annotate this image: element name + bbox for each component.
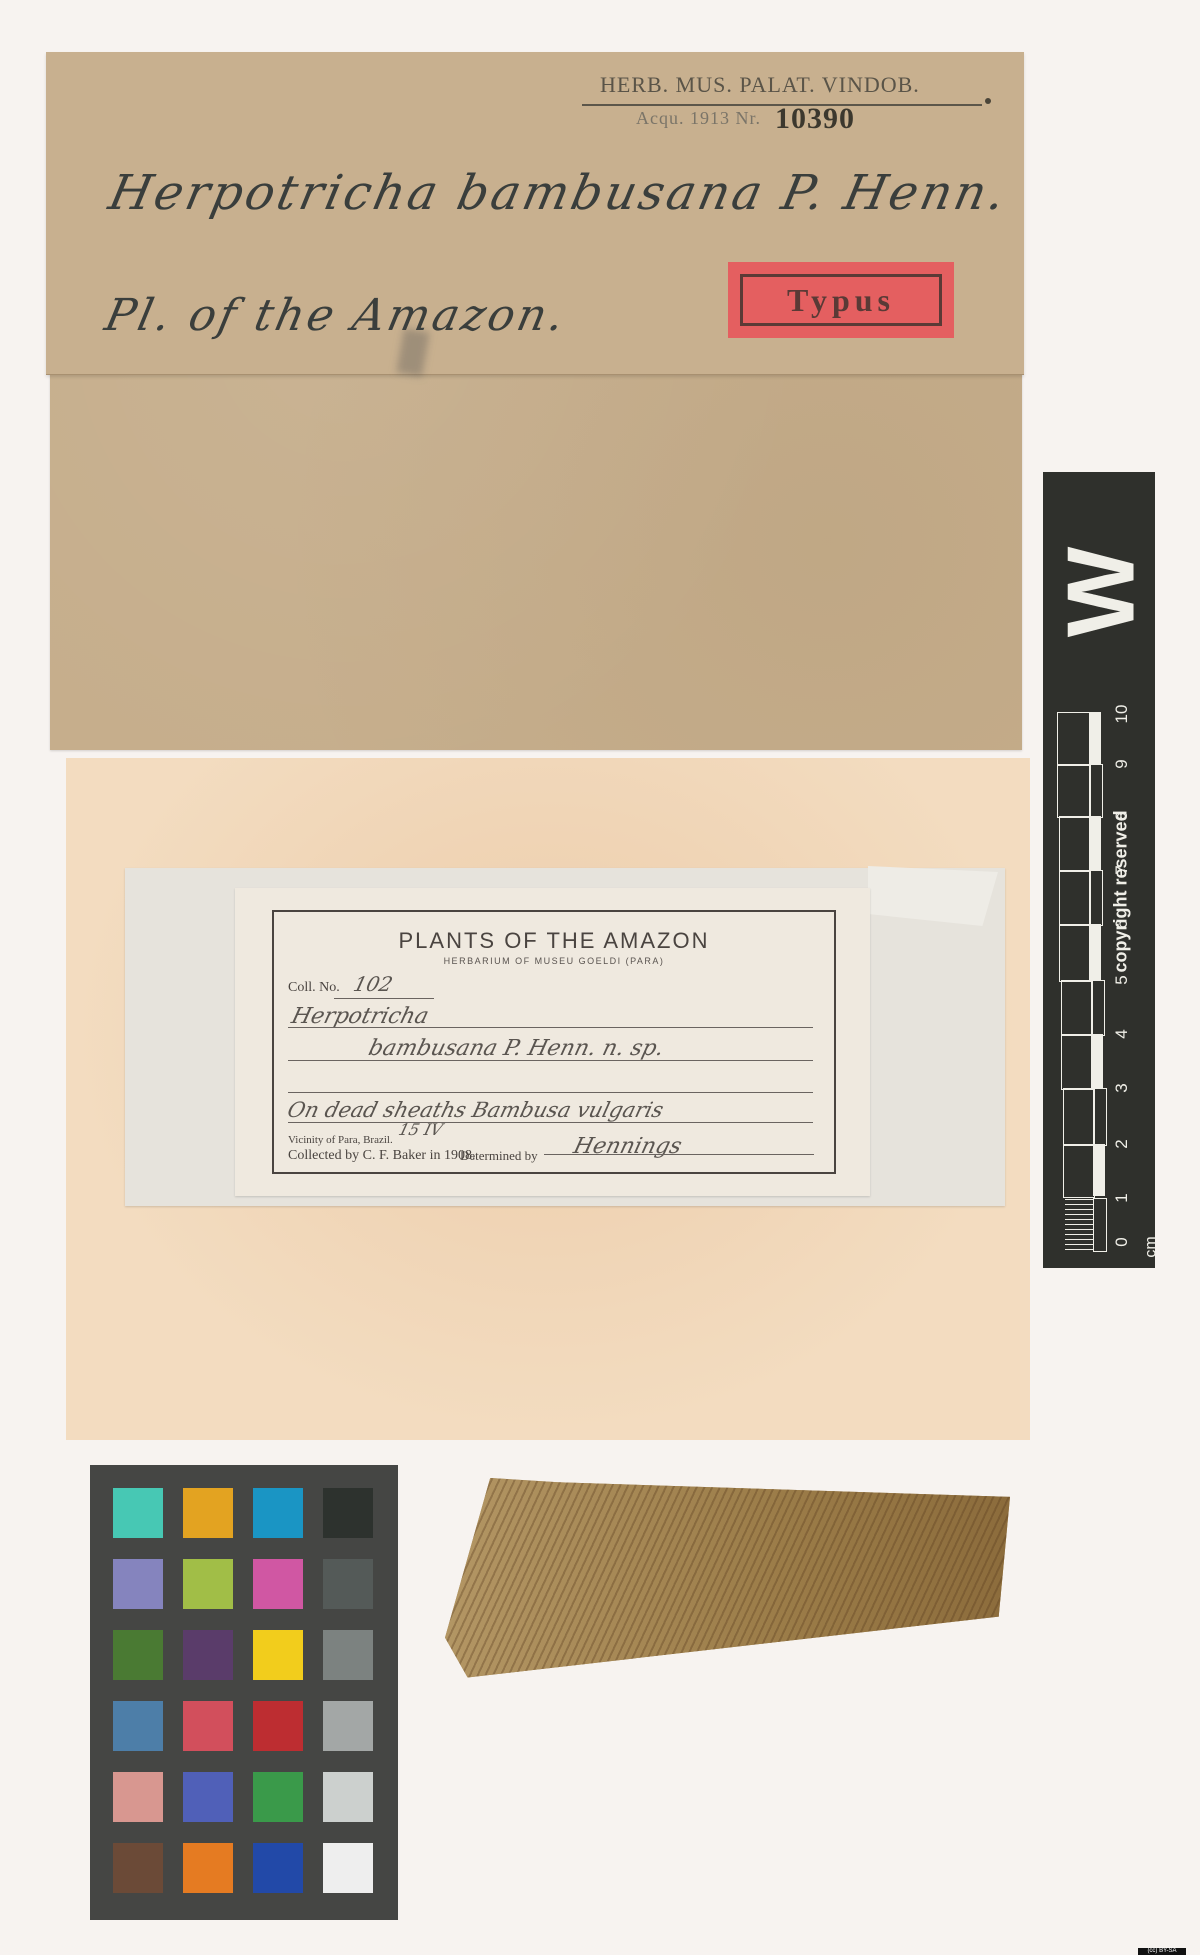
color-swatch [113,1488,163,1538]
accession-number: 10390 [775,102,855,136]
ruler-segment [1089,870,1103,926]
stamp-dot [985,98,991,104]
label-genus: Herpotricha [289,1004,431,1029]
color-swatch [323,1701,373,1751]
ruler-segment [1059,816,1091,872]
tick-8: 8 [1112,803,1132,829]
color-swatch [183,1701,233,1751]
tick-5: 5 [1112,967,1132,993]
label-determined-by: Determined by [460,1148,538,1164]
tick-10: 10 [1112,701,1132,727]
color-swatch [113,1701,163,1751]
color-swatch [323,1488,373,1538]
color-swatch [323,1630,373,1680]
label-collected-by: Collected by C. F. Baker in 1908. [288,1148,475,1164]
tick-6: 6 [1112,911,1132,937]
color-swatch [253,1843,303,1893]
rule [288,1060,813,1061]
ruler-segment [1093,1088,1107,1146]
label-substrate: On dead sheaths Bambusa vulgaris [285,1098,666,1122]
ruler-segment [1089,816,1101,870]
ruler-segment [1093,1198,1107,1252]
ruler-segment [1059,870,1091,926]
herbarium-stamp: HERB. MUS. PALAT. VINDOB. [600,72,920,98]
color-swatch [323,1559,373,1609]
color-swatch [113,1630,163,1680]
ruler-segment [1063,1144,1095,1198]
rule [288,1122,813,1123]
type-label: Typus [728,262,954,338]
ruler-segment [1061,1034,1093,1090]
color-swatch [183,1843,233,1893]
rule [544,1154,814,1155]
scale-bar: W copyright reserved 0 1 2 3 4 5 6 7 8 9… [1043,472,1155,1268]
color-swatch [253,1559,303,1609]
rule [288,1092,813,1093]
rule [288,1027,813,1028]
color-swatch [253,1630,303,1680]
color-swatch [253,1772,303,1822]
acquisition-text: Acqu. 1913 Nr. [636,108,761,129]
ruler-segment [1057,764,1091,818]
color-swatch [183,1630,233,1680]
tick-7: 7 [1112,857,1132,883]
collection-label: PLANTS OF THE AMAZON HERBARIUM OF MUSEU … [272,910,836,1174]
tick-2: 2 [1112,1131,1132,1157]
tick-9: 9 [1112,751,1132,777]
ruler-segment [1091,1034,1103,1088]
coll-no-label: Coll. No. [288,980,340,996]
unit-label: cm [1143,1236,1161,1257]
color-swatch [113,1843,163,1893]
ruler-mm-ticks [1065,1198,1093,1250]
color-swatch [253,1488,303,1538]
ruler-segment [1061,980,1093,1036]
color-swatch [183,1772,233,1822]
ruler-segment [1089,712,1101,764]
ruler-segment [1093,1144,1105,1196]
tick-1: 1 [1112,1185,1132,1211]
specimen-fragment [445,1478,1010,1688]
color-swatch [323,1843,373,1893]
ruler-segment [1089,764,1103,818]
color-swatch [253,1701,303,1751]
type-label-border: Typus [740,274,942,326]
label-epithet: bambusana P. Henn. n. sp. [366,1036,667,1061]
color-swatch [323,1772,373,1822]
color-swatch [183,1559,233,1609]
tick-3: 3 [1112,1075,1132,1101]
ruler-segment [1091,980,1105,1036]
color-swatch [113,1772,163,1822]
institution-logo: W [1061,532,1141,652]
envelope-locality: Pl. of the Amazon. [101,290,572,341]
label-subtitle: HERBARIUM OF MUSEU GOELDI (PARA) [274,956,834,966]
label-title: PLANTS OF THE AMAZON [274,928,834,954]
ruler-segment [1057,712,1091,766]
ruler-segment [1063,1088,1095,1146]
type-label-text: Typus [787,282,895,319]
color-calibration-chart [90,1465,398,1920]
label-determiner: Hennings [571,1134,684,1159]
tick-4: 4 [1112,1021,1132,1047]
label-vicinity: Vicinity of Para, Brazil. [288,1134,393,1146]
coll-no-value: 102 [351,972,395,996]
license-badge: (cc) BY-SA [1138,1948,1186,1955]
rule [334,998,434,999]
envelope-species-name: Herpotricha bambusana P. Henn. [104,165,1013,221]
color-swatch [183,1488,233,1538]
label-date: 15 IV [397,1120,445,1139]
tick-0: 0 [1112,1229,1132,1255]
color-swatch [113,1559,163,1609]
ruler-segment [1059,924,1091,982]
ruler-segment [1089,924,1101,980]
